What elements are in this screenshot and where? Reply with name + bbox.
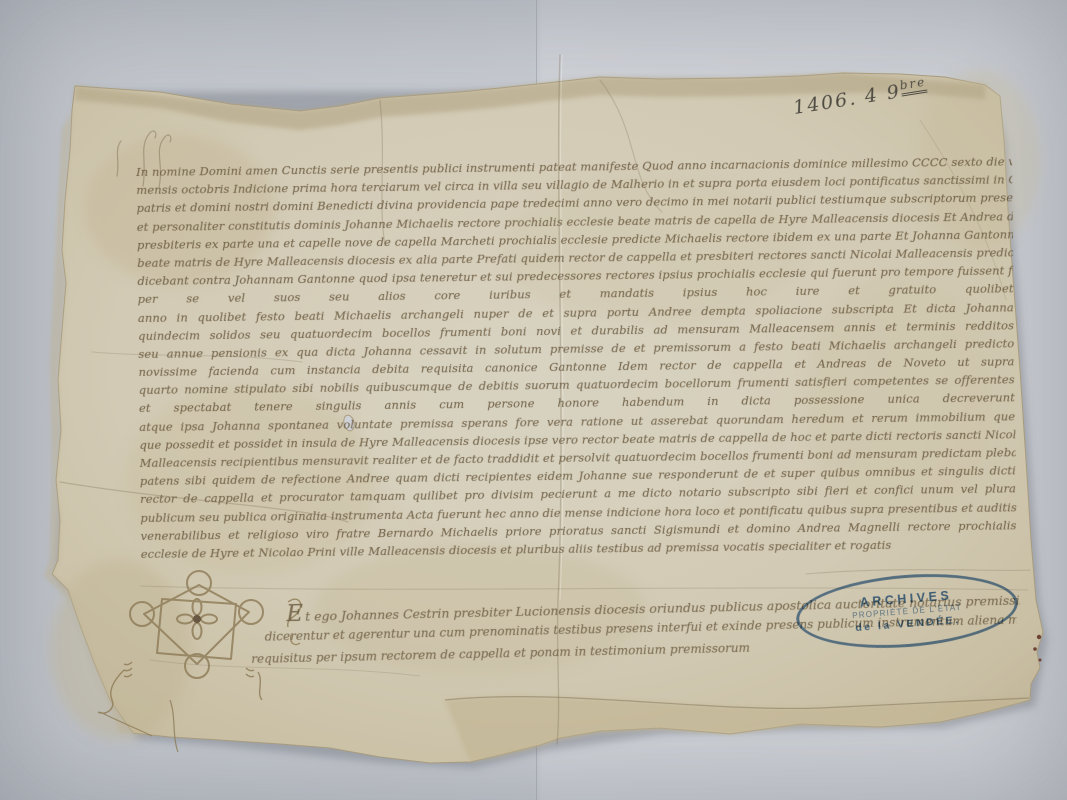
- photograph-of-parchment-charter: In nomine Domini amen Cunctis serie pres…: [0, 0, 1067, 800]
- charter-text-block: In nomine Domini amen Cunctis serie pres…: [136, 152, 1017, 563]
- annotation-month-suffix: bre: [899, 75, 928, 97]
